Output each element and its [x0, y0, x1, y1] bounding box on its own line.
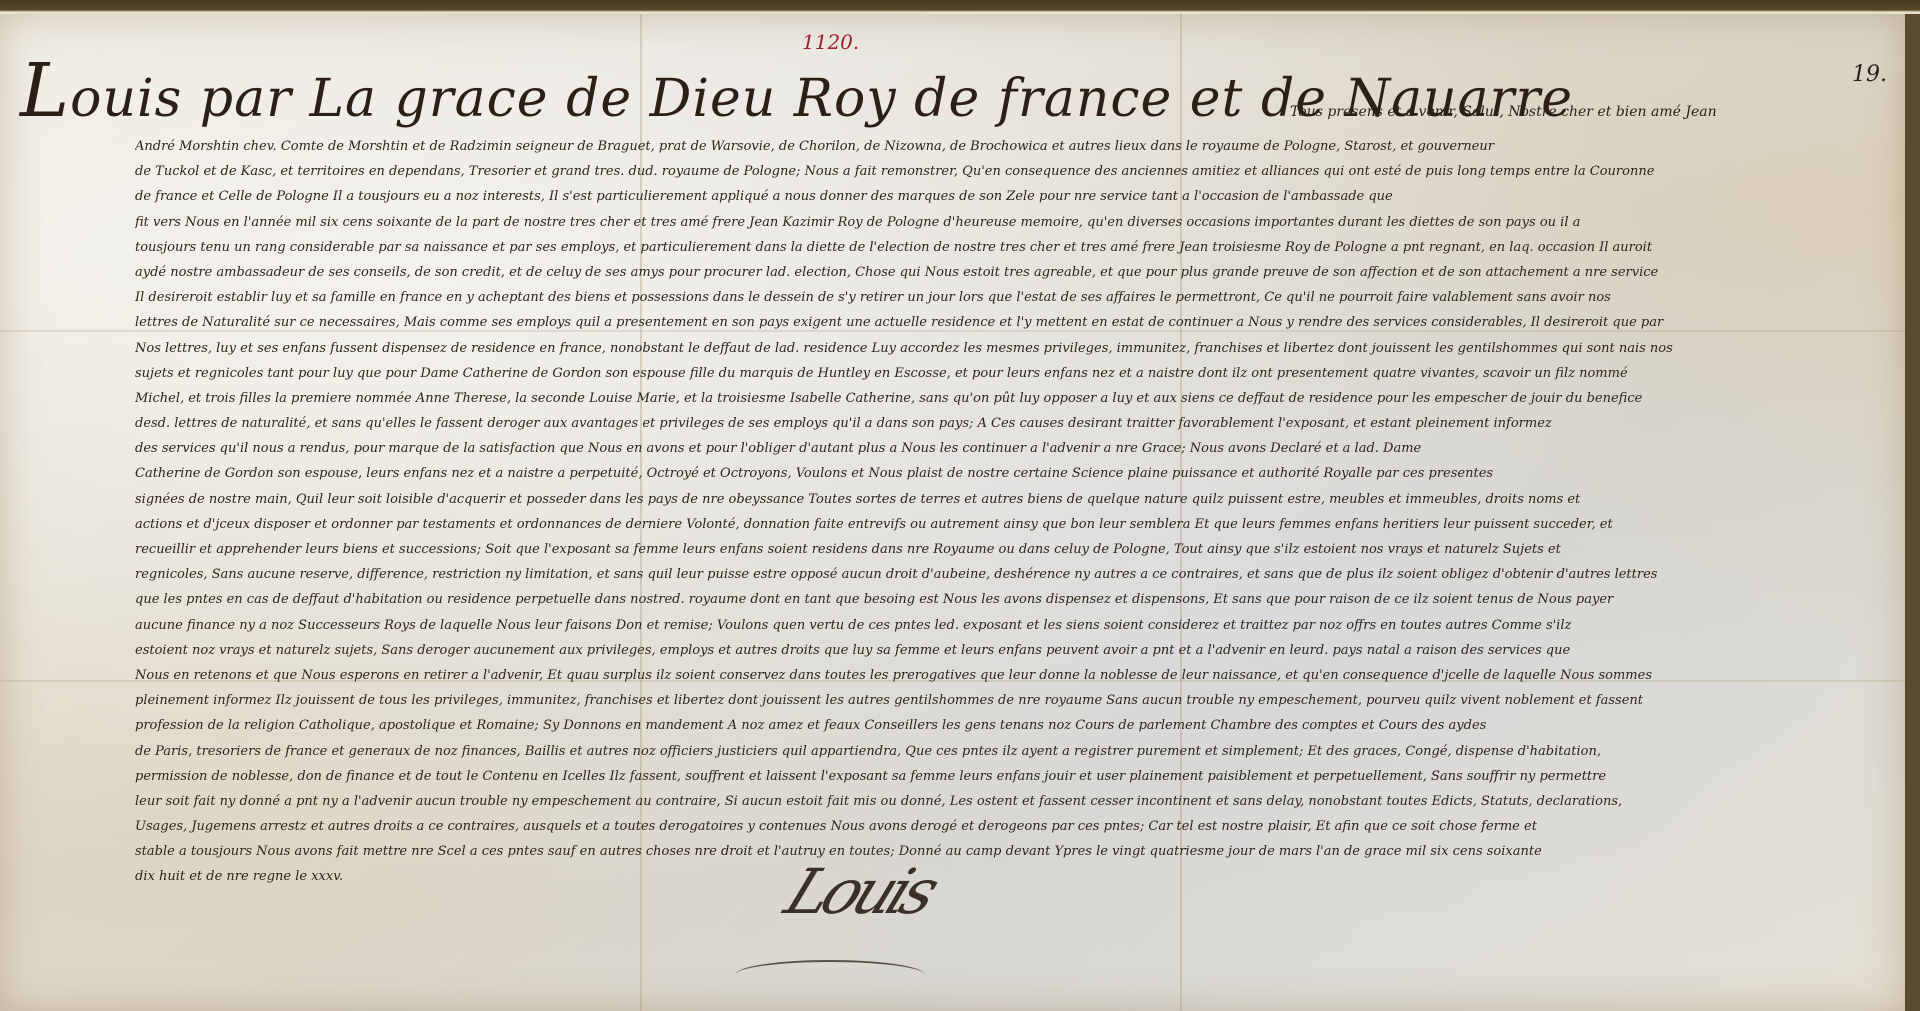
body-line: des services qu'il nous a rendus, pour m…: [135, 436, 1855, 461]
salutation: Tous presens et a venir, Salut, Nostre c…: [1290, 104, 1717, 120]
body-line: Michel, et trois filles la premiere nomm…: [135, 386, 1855, 411]
body-line: André Morshtin chev. Comte de Morshtin e…: [135, 134, 1855, 159]
body-line: fit vers Nous en l'année mil six cens so…: [135, 210, 1855, 235]
title-initial: L: [20, 48, 70, 134]
body-line: stable a tousjours Nous avons fait mettr…: [135, 839, 1855, 864]
body-line: desd. lettres de naturalité, et sans qu'…: [135, 411, 1855, 436]
body-line: Nous en retenons et que Nous esperons en…: [135, 663, 1855, 688]
body-line: Catherine de Gordon son espouse, leurs e…: [135, 461, 1855, 486]
title-text: ouis par La grace de Dieu Roy de france …: [70, 69, 1573, 129]
body-line: recueillir et apprehender leurs biens et…: [135, 537, 1855, 562]
folio-number: 19.: [1852, 62, 1887, 87]
body-line: Nos lettres, luy et ses enfans fussent d…: [135, 336, 1855, 361]
body-line: Usages, Jugemens arrestz et autres droit…: [135, 814, 1855, 839]
letter-body: André Morshtin chev. Comte de Morshtin e…: [135, 134, 1855, 890]
body-line: sujets et regnicoles tant pour luy que p…: [135, 361, 1855, 386]
body-line: de france et Celle de Pologne Il a tousj…: [135, 184, 1855, 209]
body-line: signées de nostre main, Quil leur soit l…: [135, 487, 1855, 512]
body-line: actions et d'jceux disposer et ordonner …: [135, 512, 1855, 537]
body-line: regnicoles, Sans aucune reserve, differe…: [135, 562, 1855, 587]
body-line: dix huit et de nre regne le xxxv.: [135, 864, 1855, 889]
body-line: lettres de Naturalité sur ce necessaires…: [135, 310, 1855, 335]
body-line: leur soit fait ny donné a pnt ny a l'adv…: [135, 789, 1855, 814]
body-line: Il desireroit establir luy et sa famille…: [135, 285, 1855, 310]
document-edge: [1905, 14, 1920, 1011]
body-line: de Tuckol et de Kasc, et territoires en …: [135, 159, 1855, 184]
royal-title: Louis par La grace de Dieu Roy de france…: [20, 48, 1573, 134]
signature-flourish: [735, 960, 925, 990]
body-line: de Paris, tresoriers de france et genera…: [135, 739, 1855, 764]
document-viewer: 1120. 19. Louis par La grace de Dieu Roy…: [0, 0, 1920, 1011]
body-line: permission de noblesse, don de finance e…: [135, 764, 1855, 789]
body-line: pleinement informez Ilz jouissent de tou…: [135, 688, 1855, 713]
body-line: estoient noz vrays et naturelz sujets, S…: [135, 638, 1855, 663]
royal-signature: Louis: [775, 855, 945, 928]
body-line: tousjours tenu un rang considerable par …: [135, 235, 1855, 260]
body-line: aydé nostre ambassadeur de ses conseils,…: [135, 260, 1855, 285]
body-line: profession de la religion Catholique, ap…: [135, 713, 1855, 738]
body-line: que les pntes en cas de deffaut d'habita…: [135, 587, 1855, 612]
body-line: aucune finance ny a noz Successeurs Roys…: [135, 613, 1855, 638]
